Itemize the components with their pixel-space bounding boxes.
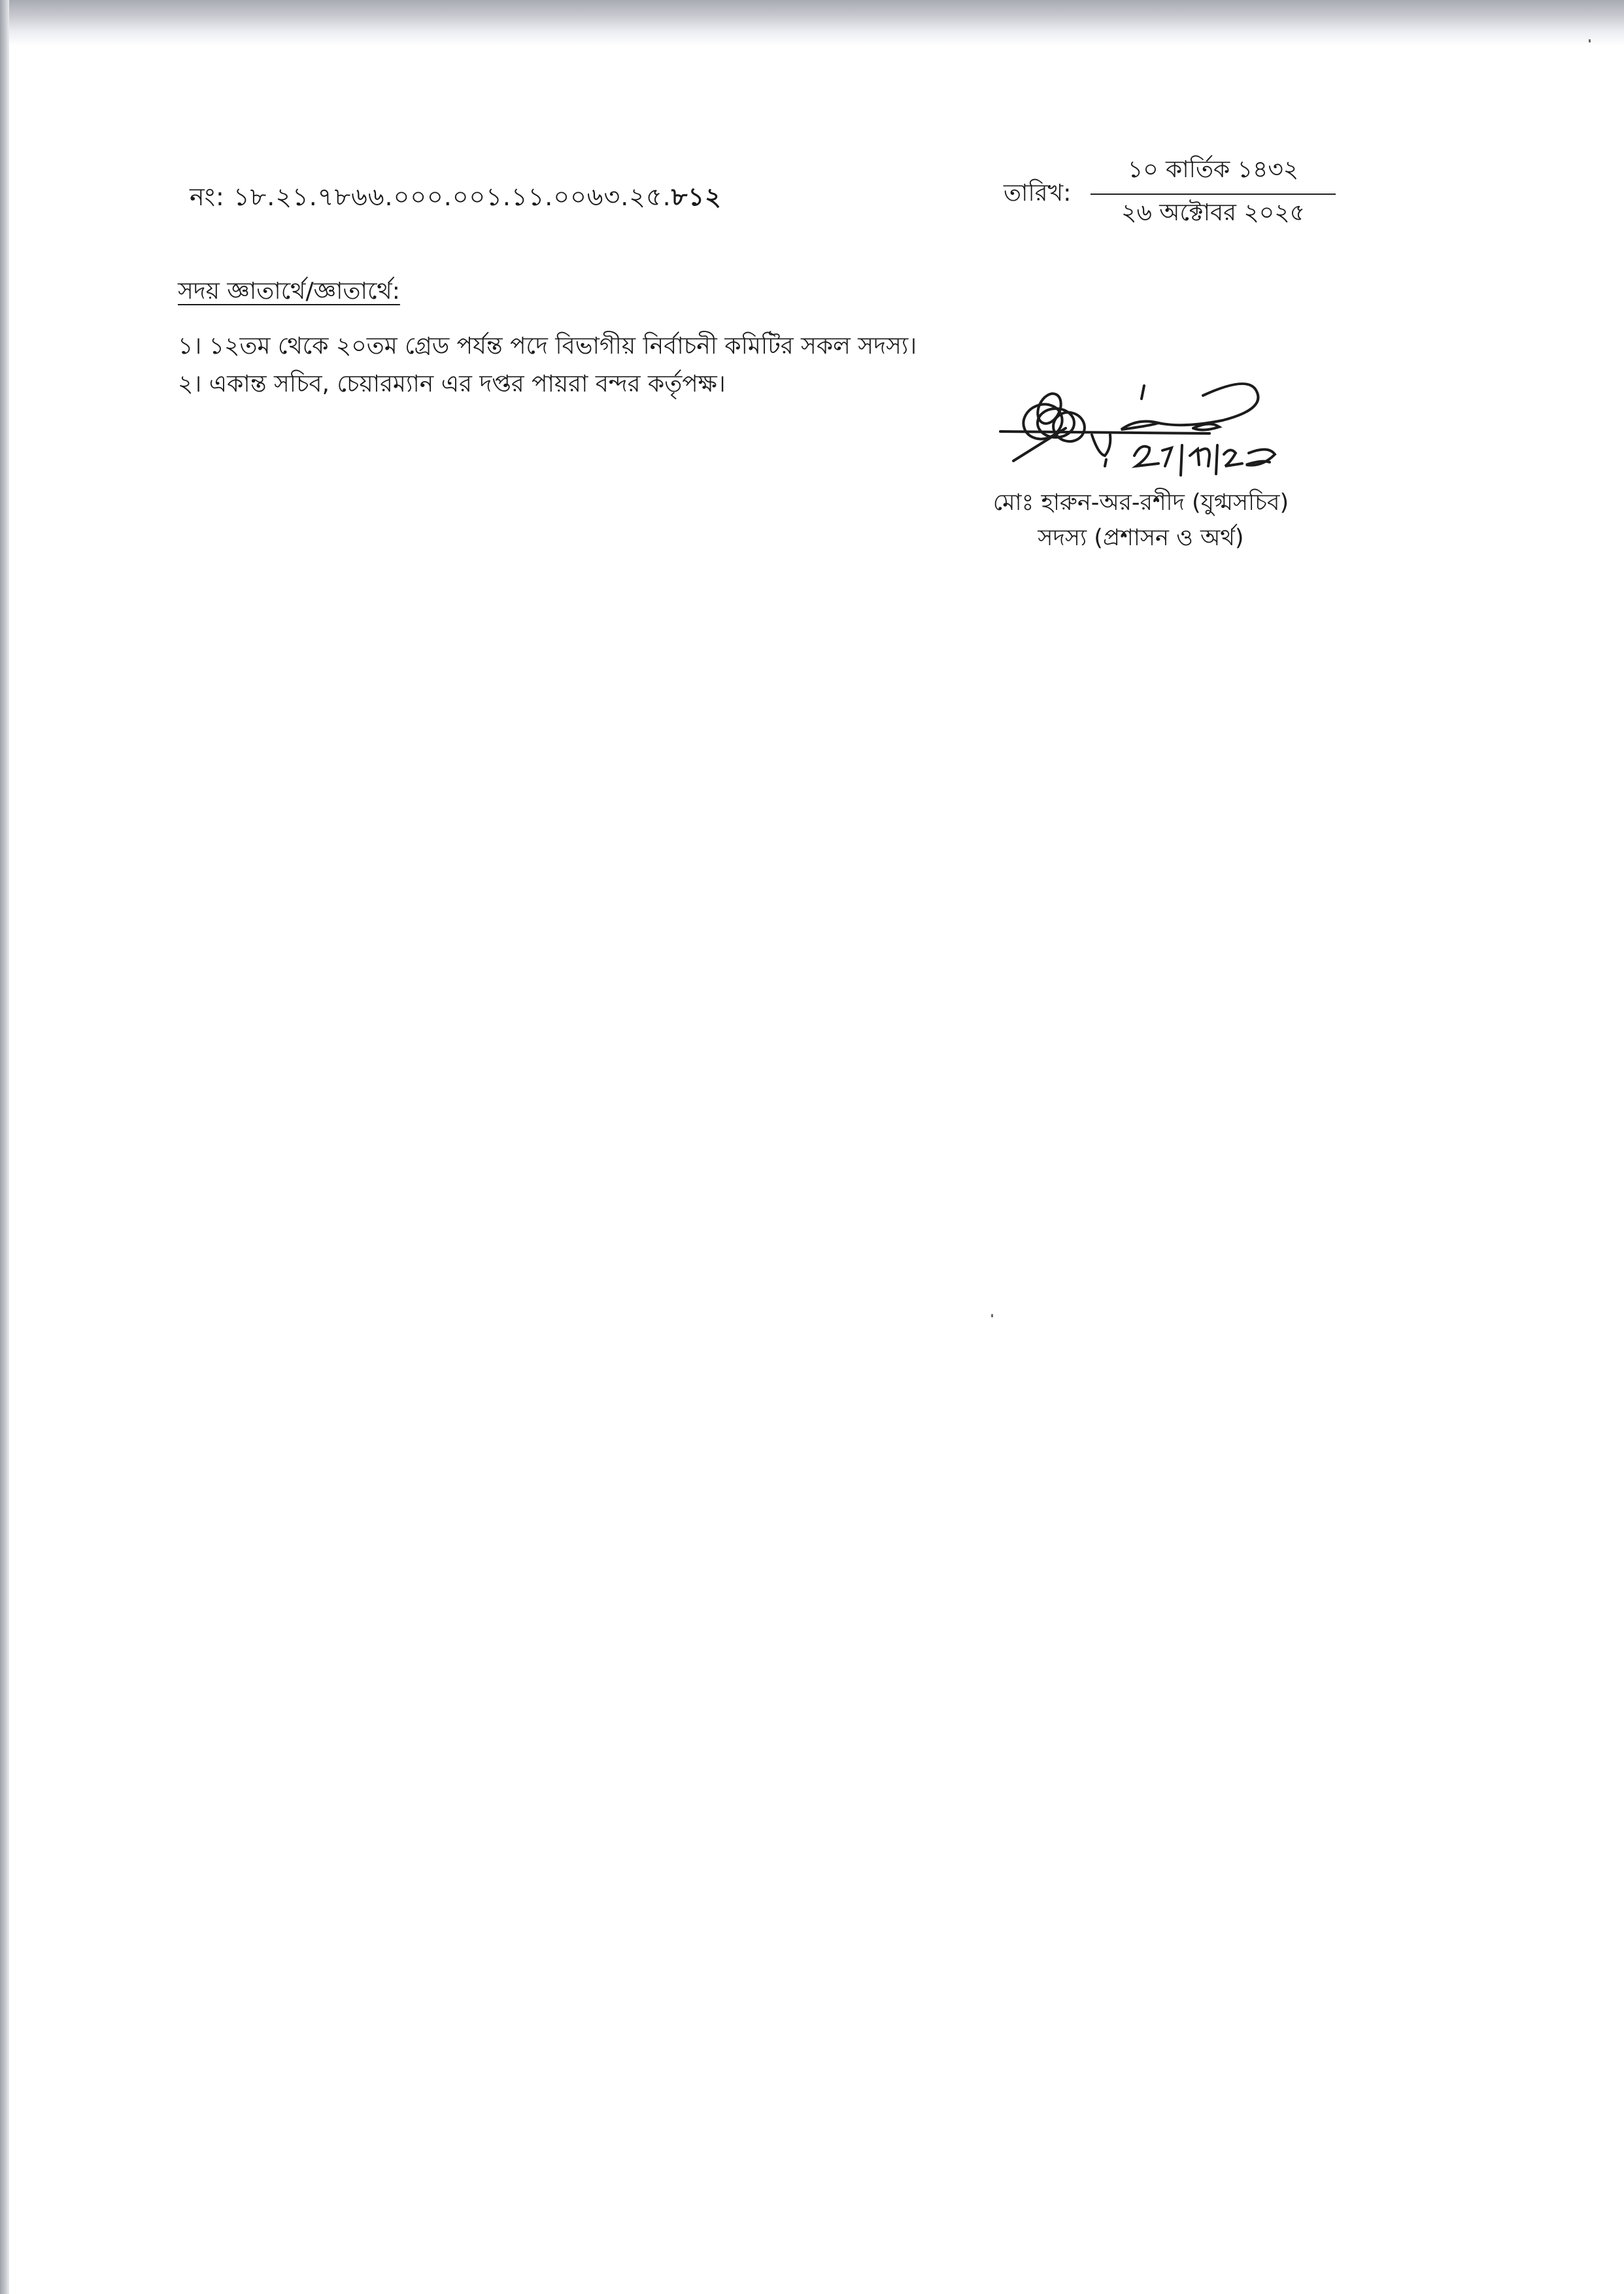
distribution-item: ১। ১২তম থেকে ২০তম গ্রেড পর্যন্ত পদে বিভা… — [178, 335, 917, 358]
scan-shadow-top — [0, 0, 1624, 46]
scan-speck — [991, 1314, 993, 1317]
reference-number: নং: ১৮.২১.৭৮৬৬.০০০.০০১.১১.০০৬৩.২৫.৮১২ — [190, 184, 722, 209]
date-divider — [1091, 194, 1336, 195]
distribution-item: ২। একান্ত সচিব, চেয়ারম্যান এর দপ্তর পায… — [178, 373, 726, 396]
date-gregorian: ২৬ অক্টোবর ২০২৫ — [1091, 201, 1336, 225]
reference-suffix: ৮১২ — [671, 182, 722, 211]
distribution-heading: সদয় জ্ঞাতার্থে/জ্ঞাতার্থে: — [178, 280, 400, 303]
date-bangla: ১০ কার্তিক ১৪৩২ — [1091, 158, 1336, 182]
scan-shadow-left — [0, 0, 9, 2294]
reference-label: নং: — [190, 182, 225, 211]
reference-value: ১৮.২১.৭৮৬৬.০০০.০০১.১১.০০৬৩.২৫. — [233, 182, 671, 211]
signature-image — [987, 382, 1360, 481]
signatory-name: মোঃ হারুন-অর-রশীদ (যুগ্মসচিব) — [968, 492, 1314, 514]
date-label: তারিখ: — [1004, 182, 1071, 205]
signatory-designation: সদস্য (প্রশাসন ও অর্থ) — [968, 527, 1314, 550]
scan-speck — [1589, 39, 1591, 42]
